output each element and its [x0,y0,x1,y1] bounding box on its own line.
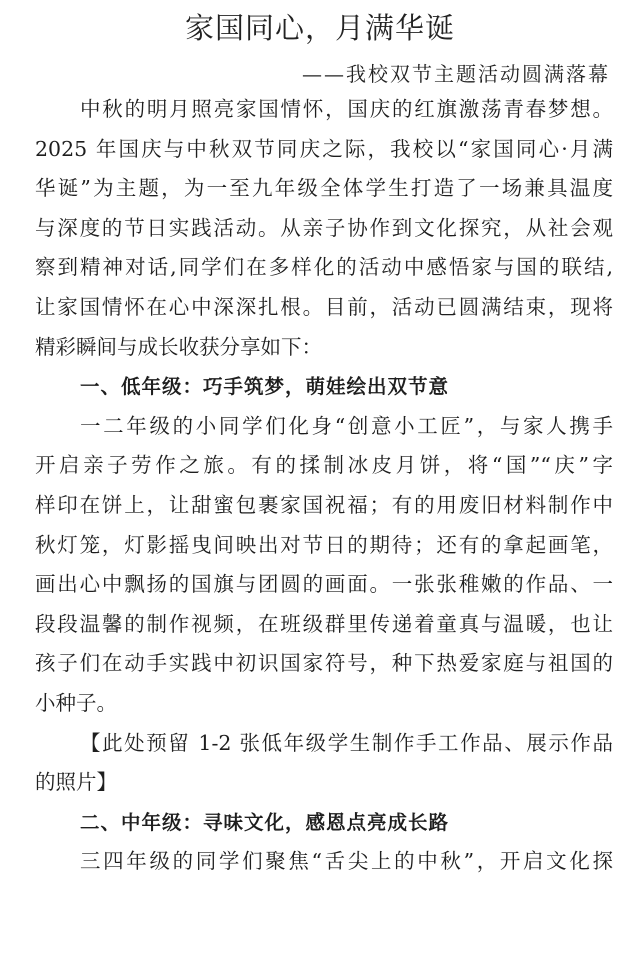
document-title: 家国同心，月满华诞 [0,6,640,47]
section2-line: 三四年级的同学们聚焦“舌尖上的中秋”，开启文化探 [35,842,613,882]
section1-line: 画出心中飘扬的国旗与团圆的画面。一张张稚嫩的作品、一 [35,565,613,605]
intro-line: 中秋的明月照亮家国情怀，国庆的红旗激荡青春梦想。 [35,90,613,130]
intro-line: 精彩瞬间与成长收获分享如下： [35,328,613,368]
section1-line: 样印在饼上，让甜蜜包裹家国祝福；有的用废旧材料制作中 [35,486,613,526]
section1-line: 小种子。 [35,684,613,724]
intro-line: 2025 年国庆与中秋双节同庆之际，我校以“家国同心·月满 [35,130,613,170]
photo-placeholder-note: 的照片】 [35,763,613,803]
section1-line: 秋灯笼，灯影摇曳间映出对节日的期待；还有的拿起画笔， [35,526,613,566]
section-heading-1: 一、低年级：巧手筑梦，萌娃绘出双节意 [35,367,613,407]
photo-placeholder-note: 【此处预留 1-2 张低年级学生制作手工作品、展示作品 [35,724,613,764]
document-subtitle: ——我校双节主题活动圆满落幕 [302,58,610,87]
intro-line: 华诞”为主题，为一至九年级全体学生打造了一场兼具温度 [35,169,613,209]
section-heading-2: 二、中年级：寻味文化，感恩点亮成长路 [35,803,613,843]
section1-line: 一二年级的小同学们化身“创意小工匠”，与家人携手 [35,407,613,447]
intro-line: 让家国情怀在心中深深扎根。目前，活动已圆满结束，现将 [35,288,613,328]
intro-line: 察到精神对话,同学们在多样化的活动中感悟家与国的联结, [35,248,613,288]
document-body: 中秋的明月照亮家国情怀，国庆的红旗激荡青春梦想。 2025 年国庆与中秋双节同庆… [35,90,613,882]
section1-line: 开启亲子劳作之旅。有的揉制冰皮月饼，将“国”“庆”字 [35,446,613,486]
section1-line: 段段温馨的制作视频，在班级群里传递着童真与温暖，也让 [35,605,613,645]
section1-line: 孩子们在动手实践中初识国家符号，种下热爱家庭与祖国的 [35,644,613,684]
intro-line: 与深度的节日实践活动。从亲子协作到文化探究，从社会观 [35,209,613,249]
